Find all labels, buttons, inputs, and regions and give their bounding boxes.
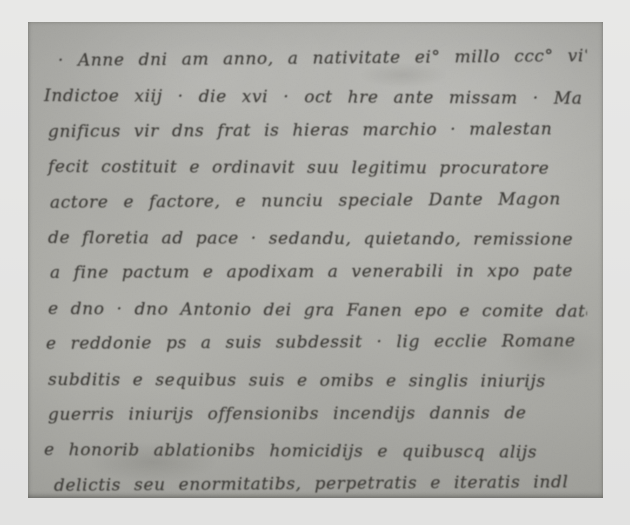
manuscript-line: e reddonie ps a suis subdessit · lig ecc… [40,331,587,369]
manuscript-line: de floretia ad pace · sedandu, quietando… [40,228,587,265]
manuscript-photo: · Anne dni am anno, a nativitate ei° mil… [28,22,603,498]
manuscript-line: a fine pactum e apodixam a venerabili in… [40,261,587,298]
manuscript-line: gnificus vir dns frat is hieras marchio … [40,119,587,157]
manuscript-text-block: · Anne dni am anno, a nativitate ei° mil… [28,22,603,498]
manuscript-line: guerris iniurijs offensionibs incendijs … [40,403,587,440]
manuscript-line: actore e factore, e nunciu speciale Dant… [40,189,587,228]
manuscript-line: subditis e sequibus suis e omibs e singl… [40,370,587,407]
manuscript-line: · Anne dni am anno, a nativitate ei° mil… [40,46,587,86]
manuscript-line: delictis seu enormitatibs, perpetratis e… [40,472,587,511]
page-background: · Anne dni am anno, a nativitate ei° mil… [0,0,630,525]
